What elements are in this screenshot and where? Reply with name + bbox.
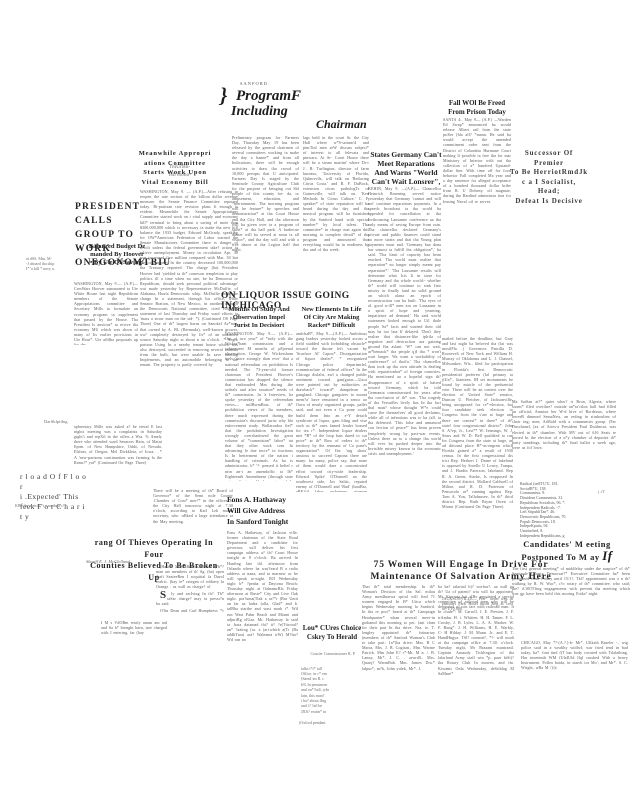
article-hathaway-body: Fons A. Hathaway, of Jackson ville, form… <box>227 530 298 702</box>
headline-successor-premier: Successor Of Premier To Be HerriotRmdJk … <box>510 149 588 206</box>
party-standings-list: Radical (uellTU'U, 181. SocialB*U, 138. … <box>520 482 614 540</box>
headline-germany-reparations: States Germany Can't Meet Reparations An… <box>370 150 442 186</box>
candidates-headline-line2: Postponed To M ay If <box>512 550 622 563</box>
thieves-paragraph: (Hari4? McCtaBonl said that (?h*? man ar… <box>156 564 224 589</box>
masthead-chairman: Chairman <box>316 118 367 130</box>
thieves-paragraph: O'lin Dean and Carl Humphress '*r wham U… <box>156 608 224 614</box>
subhead-liquor-right: New Elements In Life Of City Are Making … <box>296 306 367 330</box>
article-germany-body: KEHIN, May 9. —(A.P.)— Chancellor Heinri… <box>368 186 441 580</box>
lou-fragment-3: (Oxford pendant <box>299 720 345 725</box>
candidates-headline-accent: If <box>602 548 612 563</box>
article-thieves-body: (Hari4? McCtaBonl said that (?h*? man ar… <box>156 564 224 614</box>
headline-candidates-meeting: Candidates' M eeting Postponed To M ay I… <box>512 539 622 563</box>
fragment-mid-left: at dSS. Mm. M- -J aboard tha ship I* 'a … <box>26 256 74 272</box>
article-chamber-meeting: There will be a meeting of th* Board of … <box>153 488 233 528</box>
masthead-title-line2: Including <box>231 105 288 119</box>
headline-meanwhile-appropriations: Meanwhile Appropri ations Committee Star… <box>128 149 222 187</box>
carload-subline: KBb the arrival *i a method c! <box>15 503 85 508</box>
article-liquor-body-right: amlchaB*, May 9.—(A.P.)— Ambitious gang … <box>296 331 367 492</box>
article-jacksonville-note: JACKSONVILLE— Pier* order was in ramudel… <box>442 596 513 612</box>
article-chicago-note: CHICAGO, May *?-(A.?.)-b- Mr*. Ulikath B… <box>521 640 628 692</box>
article-candidates-body: The first general meeting* of middlelay … <box>512 566 630 624</box>
candidates-headline-line2-text: Postponed To M ay <box>521 552 602 562</box>
thieves-paragraph-dropcap: Sly and serIving In th?. Th* taSar charg… <box>156 591 224 606</box>
article-election-body: mailed before the deadline, but Gray and… <box>442 336 513 592</box>
subhead-balanced-budget: Balanced Budget De manded By Hoover • By… <box>79 243 155 268</box>
headline-lou-cures: Lou* CUres Choice Cskry To Herald <box>297 624 367 642</box>
article-paris-results-body: Ma SaiSan at?* quiet wher? ri Bron, Alge… <box>512 399 616 481</box>
headline-hathaway: Fons A. Hathaway Will Give Address In Sa… <box>227 494 301 527</box>
masthead-title-line1: ProgramF <box>236 89 301 104</box>
byline-lou: Courier Commissioner R. P. <box>299 651 367 656</box>
lou-fragment-1: talks t*t* tall Office, in c* em (SaenI … <box>301 666 351 692</box>
subhead-liquor-left: Months Of Study And Observation Impel Ju… <box>224 306 294 330</box>
article-women-col1: Thai th* total membership. In th* Woman'… <box>362 584 435 696</box>
article-fall-freed-body: SANTA 4:. May 9— (A.P.) —Warden Ed Swap*… <box>443 117 511 209</box>
bracket-ornament: } <box>220 85 227 106</box>
headline-fall-freed: Fall WOl Be Freed From Prison Today <box>443 99 511 116</box>
headline-carload-flour: r l o a d O f F l o o r i .Expected' Thi… <box>20 472 88 522</box>
fragment-darsk: DarSkfpiilng <box>44 419 68 424</box>
article-liquor-body-left: WASHINGTON. May 9.— (A.P.)—Out of two ye… <box>225 331 293 481</box>
article-thieves-side-note: I M s VdOBm rearly anum am tad and Sa b*… <box>101 620 167 640</box>
article-farmers-day-col2: lags held in the court Sr. the City Hall… <box>303 135 369 290</box>
article-president-body: WASHINGTON, May 9.— (A.P.)—CresWars Hoov… <box>74 281 138 345</box>
newspaper-page: SANFORD. } ProgramF Including Chairman f… <box>0 0 633 800</box>
byline-thieves: Sheriff E. J. McClelland <box>86 559 130 564</box>
lou-fragment-2: lain, this man?. i ha? about fIng and i?… <box>301 693 351 714</box>
masthead-dateline: SANFORD. <box>240 81 288 86</box>
article-farmers-day-col1: Preliminary program for Farmers Day, Thu… <box>232 135 299 290</box>
